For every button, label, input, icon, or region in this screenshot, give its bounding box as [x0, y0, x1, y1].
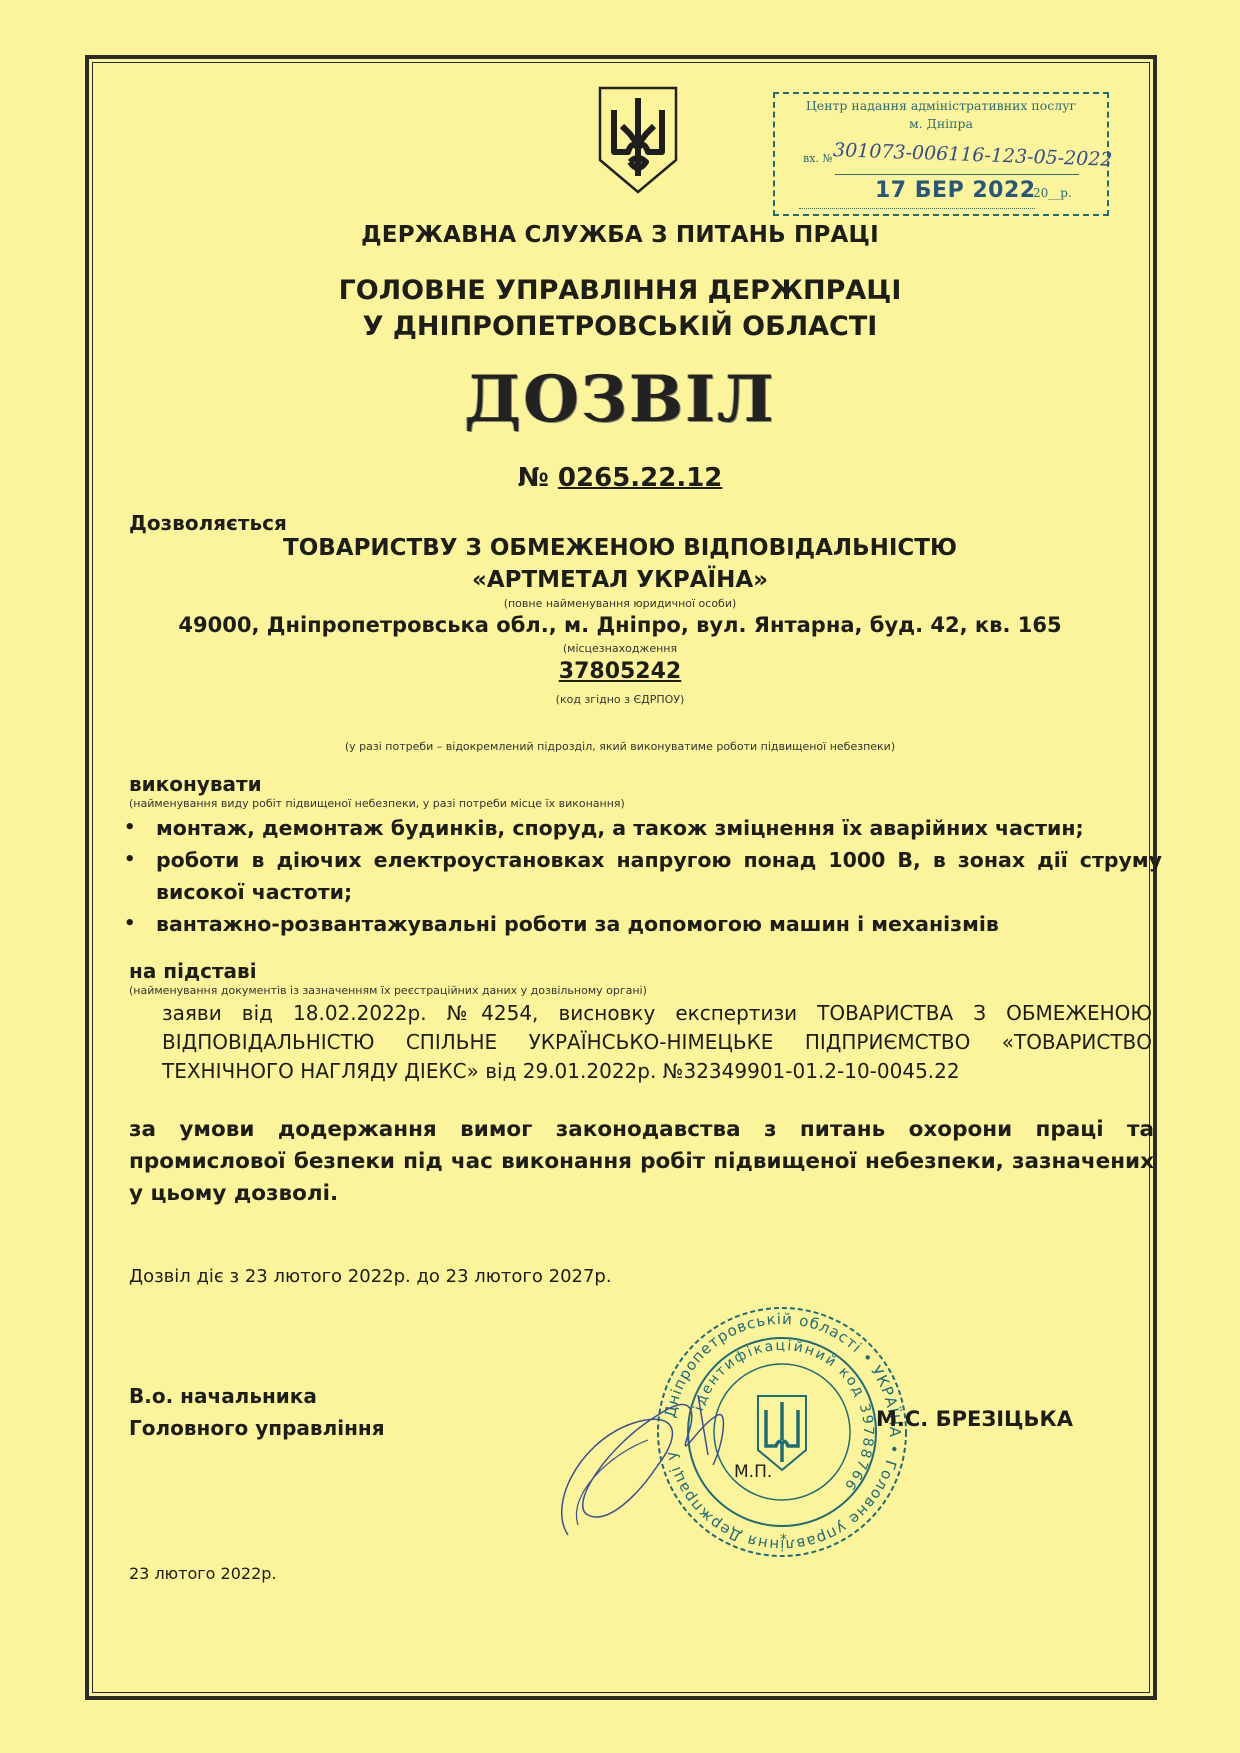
- signatory-role: В.о. начальника Головного управління: [129, 1380, 385, 1444]
- basis-label: на підставі: [129, 959, 257, 983]
- org-name-line-2: «АРТМЕТАЛ УКРАЇНА»: [0, 567, 1240, 593]
- stamp-underline: [835, 174, 1079, 175]
- incoming-label: вх. №: [803, 152, 833, 165]
- issue-date: 23 лютого 2022р.: [129, 1564, 277, 1583]
- works-list: монтаж, демонтаж будинків, споруд, а так…: [122, 812, 1162, 940]
- seal-place-label: М.П.: [734, 1462, 772, 1482]
- basis-note: (найменування документів із зазначенням …: [129, 984, 647, 997]
- permit-number: № 0265.22.12: [0, 463, 1240, 493]
- tryzub-icon: [594, 82, 682, 198]
- org-address: 49000, Дніпропетровська обл., м. Дніпро,…: [0, 613, 1240, 637]
- signatory-name: М.С. БРЕЗІЦЬКА: [876, 1407, 1073, 1431]
- agency-name: ДЕРЖАВНА СЛУЖБА З ПИТАНЬ ПРАЦІ: [0, 222, 1240, 248]
- stamp-date: 17 БЕР 2022: [875, 178, 1036, 203]
- role-line-2: Головного управління: [129, 1412, 385, 1444]
- address-note: (місцезнаходження: [0, 642, 1240, 655]
- document-title: ДОЗВІЛ: [0, 362, 1240, 437]
- validity-period: Дозвіл діє з 23 лютого 2022р. до 23 люто…: [129, 1266, 612, 1287]
- role-line-1: В.о. начальника: [129, 1380, 385, 1412]
- works-item: монтаж, демонтаж будинків, споруд, а так…: [122, 812, 1162, 844]
- stamp-year: 20__р.: [1033, 186, 1072, 200]
- department-line-1: ГОЛОВНЕ УПРАВЛІННЯ ДЕРЖПРАЦІ: [0, 275, 1240, 306]
- edrpou-code: 37805242: [0, 659, 1240, 684]
- works-label: виконувати: [129, 772, 262, 796]
- stamp-line-2: м. Дніпра: [775, 116, 1107, 131]
- condition-text: за умови додержання вимог законодавства …: [129, 1114, 1154, 1210]
- org-name-note: (повне найменування юридичної особи): [0, 597, 1240, 610]
- works-item: вантажно-розвантажувальні роботи за допо…: [122, 908, 1162, 940]
- department-line-2: У ДНІПРОПЕТРОВСЬКІЙ ОБЛАСТІ: [0, 311, 1240, 342]
- number-prefix: №: [518, 463, 549, 493]
- permitted-label: Дозволяється: [129, 511, 287, 535]
- intake-stamp: Центр надання адміністративних послуг м.…: [773, 92, 1109, 216]
- subdivision-note: (у разі потреби – відокремлений підрозді…: [0, 740, 1240, 753]
- basis-text: заяви від 18.02.2022р. №4254, висновку е…: [162, 999, 1152, 1086]
- stamp-line-1: Центр надання адміністративних послуг: [775, 98, 1107, 113]
- org-name-line-1: ТОВАРИСТВУ З ОБМЕЖЕНОЮ ВІДПОВІДАЛЬНІСТЮ: [0, 535, 1240, 561]
- works-item: роботи в діючих електроустановках напруг…: [122, 844, 1162, 908]
- works-note: (найменування виду робіт підвищеної небе…: [129, 797, 625, 810]
- incoming-number: 301073-006116-123-05-2022: [833, 139, 1113, 171]
- edrpou-note: (код згідно з ЄДРПОУ): [0, 693, 1240, 706]
- stamp-date-line: [799, 208, 1035, 209]
- number-value: 0265.22.12: [558, 463, 722, 493]
